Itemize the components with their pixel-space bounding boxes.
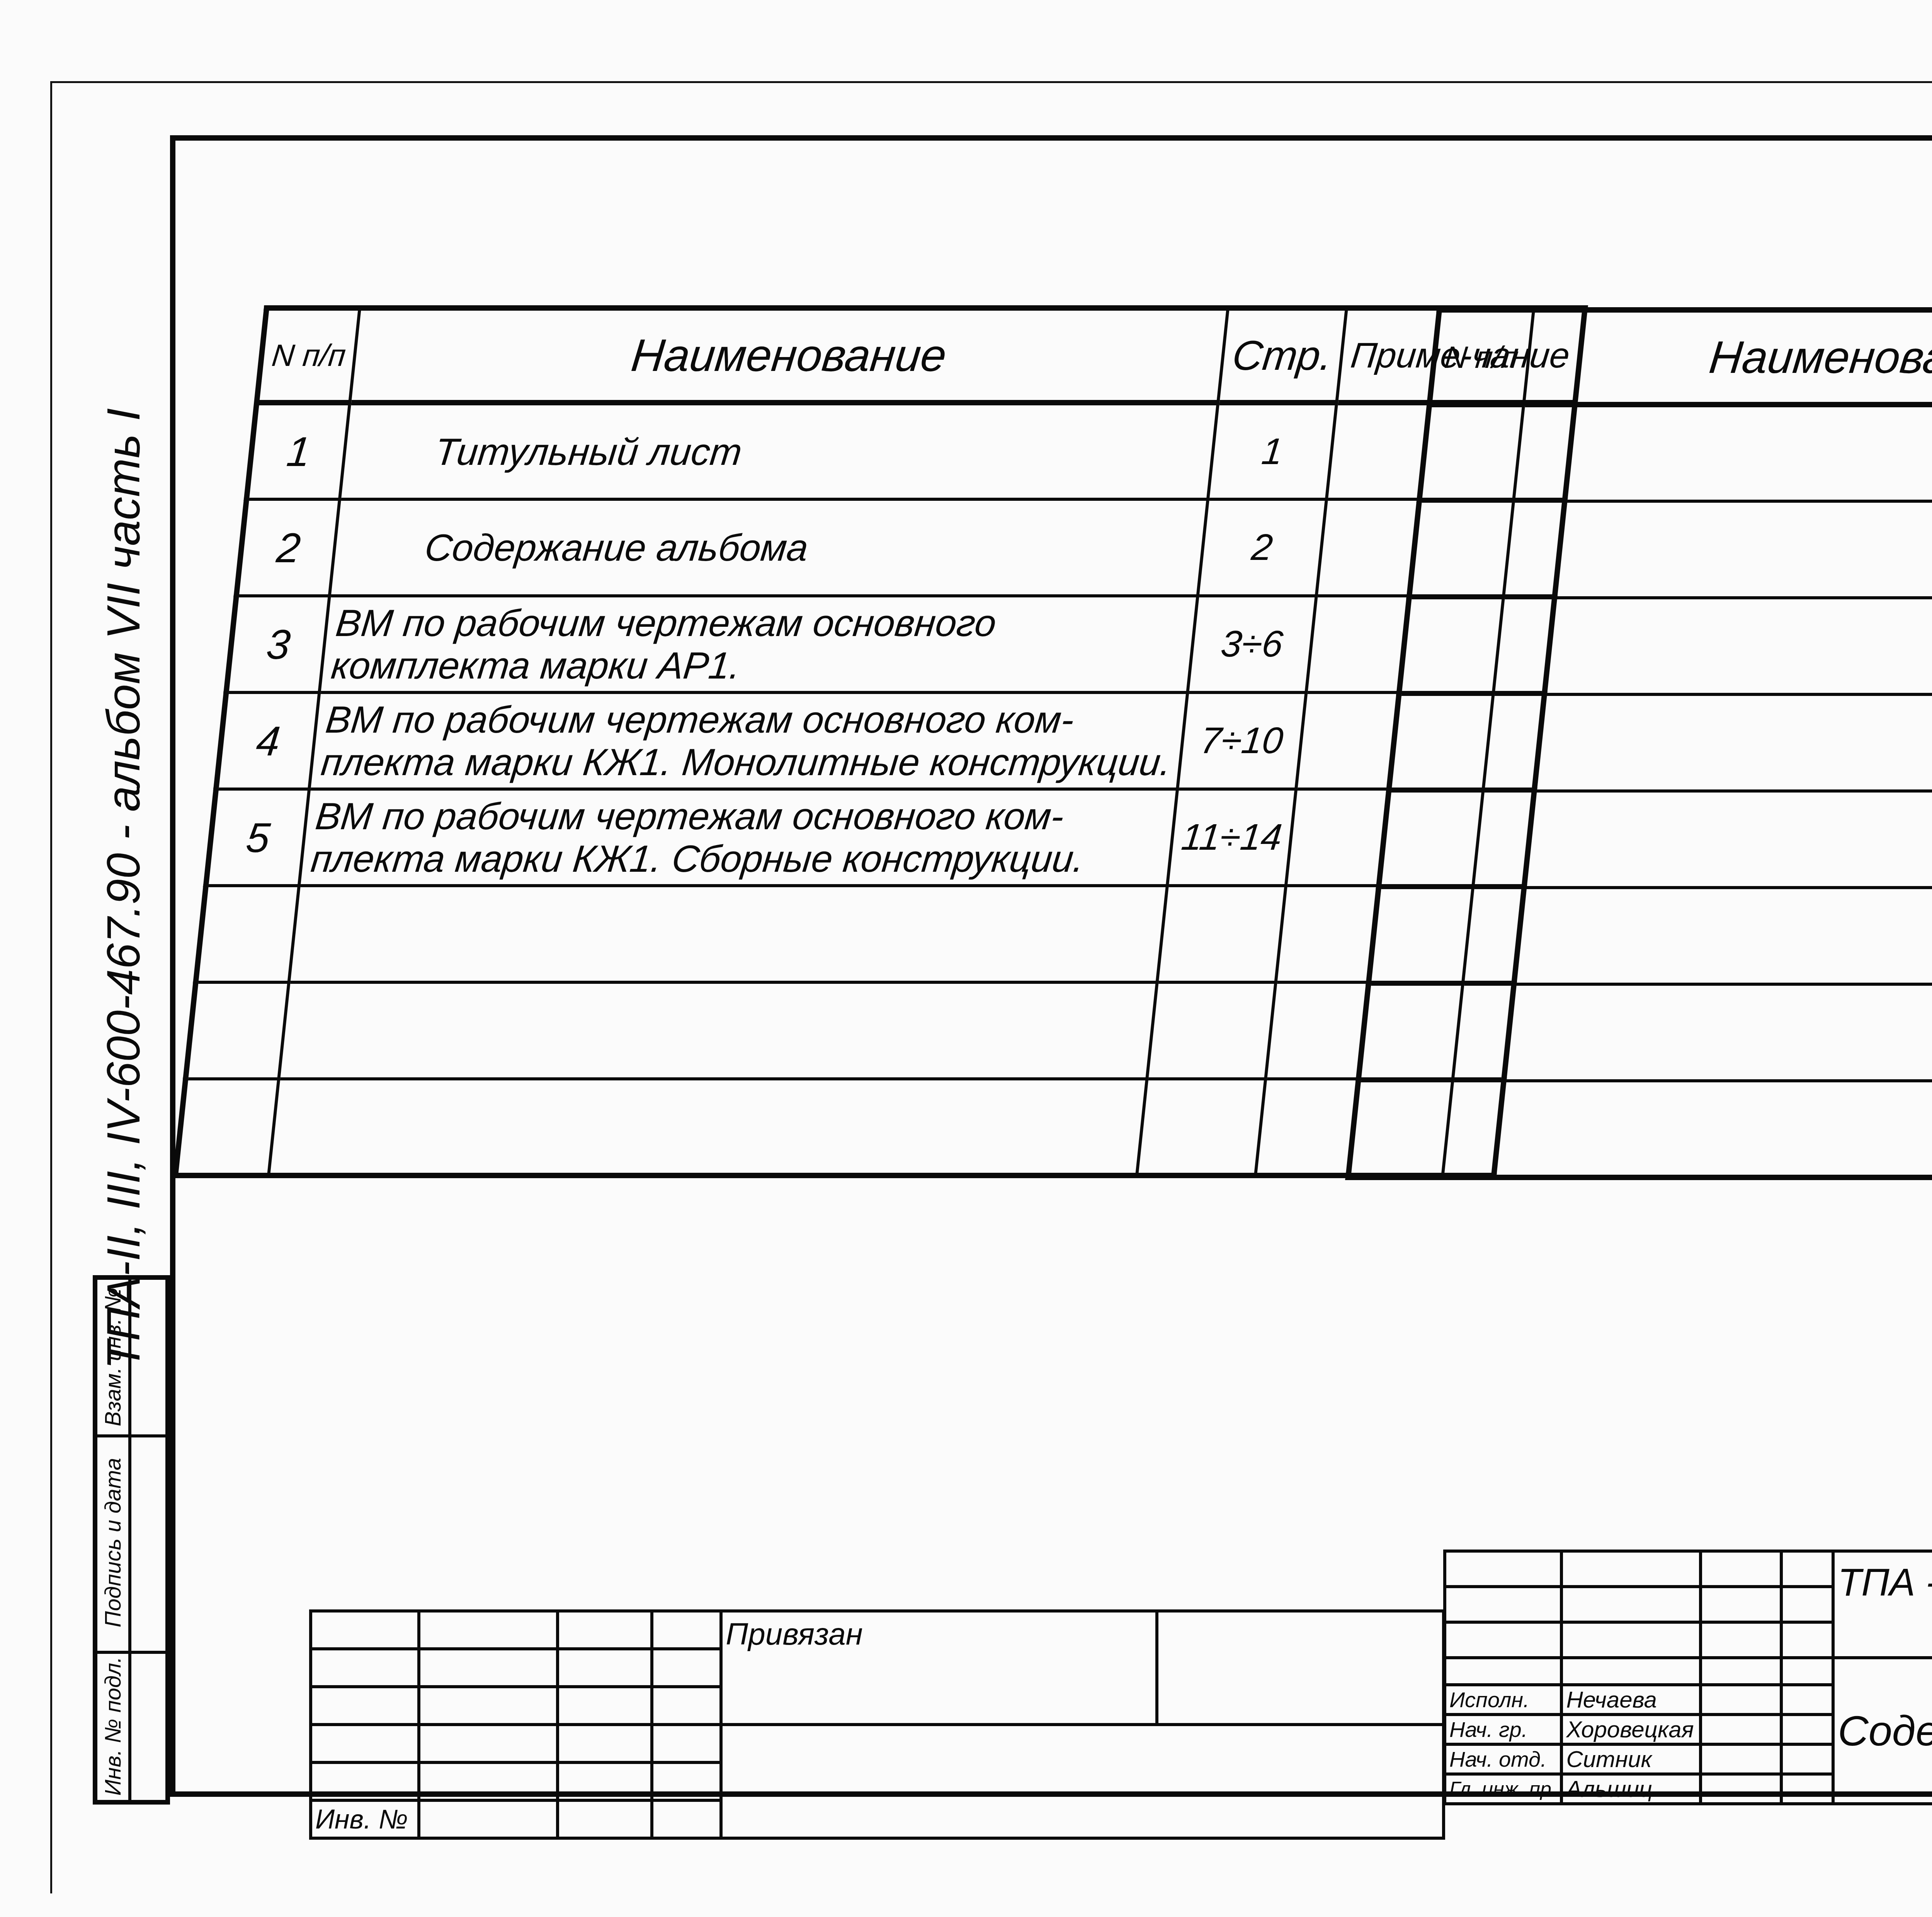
table-row: 5ВМ по рабочим чертежам основного ком-пл… (206, 789, 1534, 886)
table-row (1389, 694, 1932, 791)
row-name: ВМ по рабочим чертежам основного ком-пле… (309, 692, 1187, 789)
binding-label: Привязан (721, 1611, 1156, 1725)
row-page: 2 (1198, 499, 1327, 596)
table-row (1379, 791, 1932, 888)
row-num (175, 1079, 279, 1175)
table-row (1409, 501, 1932, 598)
row-name: Содержание альбома (330, 499, 1208, 596)
row-page: 1 (1208, 403, 1337, 499)
stamp-label-replacement-inv: Взам. инв. № (100, 1288, 126, 1427)
sig-name: Альшиц (1561, 1774, 1700, 1804)
row-num (196, 886, 299, 982)
table-row: 2Содержание альбома2 (236, 499, 1565, 596)
stamp-row: Подпись и дата (97, 1434, 165, 1654)
sig-role: Гл. инж. пр. (1445, 1774, 1561, 1804)
sig-role: Нач. гр. (1445, 1715, 1561, 1744)
row-page (1137, 1079, 1265, 1175)
row-num: 3 (226, 596, 330, 692)
row-page (1157, 886, 1286, 982)
row-name: ВМ по рабочим чертежам основногокомплект… (320, 596, 1198, 692)
sig-role: Нач. отд. (1445, 1744, 1561, 1774)
sig-name: Нечаева (1561, 1685, 1700, 1715)
toc-header-row: N п/п Наименование Стр. Приме-чание (1429, 310, 1932, 405)
row-page: 3÷6 (1187, 596, 1316, 692)
sheet-title: Содержание альбома (1833, 1658, 1932, 1804)
header-name: Наименование (350, 308, 1228, 403)
table-row (1358, 984, 1932, 1081)
table-row: 1Титульный лист1 (247, 403, 1575, 499)
toc-table-right: N п/п Наименование Стр. Приме-чание (1345, 307, 1932, 1180)
title-block: ТПА - II, III, IV - 600 - 467.90 Содержа… (1443, 1550, 1932, 1805)
table-row (1399, 598, 1932, 694)
table-row (175, 1079, 1504, 1175)
stamp-label-original-inv: Инв. № подл. (100, 1657, 126, 1796)
table-row (1369, 888, 1932, 984)
row-page: 7÷10 (1177, 692, 1306, 789)
sig-name: Хоровецкая (1561, 1715, 1700, 1744)
toc-header-row: N п/п Наименование Стр. Приме-чание (257, 308, 1585, 403)
row-name: Титульный лист (340, 403, 1218, 499)
side-label: ТПА-II, III, IV-600-467.90 - альбом VII … (97, 408, 150, 1369)
row-num: 5 (206, 789, 310, 886)
binding-block: Привязан Инв. № (309, 1609, 1445, 1840)
stamp-row: Взам. инв. № (97, 1280, 165, 1437)
designation: ТПА - II, III, IV - 600 - 467.90 (1833, 1551, 1932, 1658)
header-name: Наименование (1524, 310, 1932, 405)
table-row (1348, 1081, 1932, 1177)
header-page: Стр. (1218, 308, 1347, 403)
header-num: N п/п (1429, 310, 1534, 405)
row-num: 4 (216, 692, 320, 789)
inv-number-label: Инв. № (311, 1800, 419, 1838)
table-row: 3ВМ по рабочим чертежам основногокомплек… (226, 596, 1554, 692)
table-row (185, 982, 1514, 1079)
header-num: N п/п (257, 308, 360, 403)
stamp-label-signature-date: Подпись и дата (100, 1458, 126, 1628)
side-stamp: Взам. инв. № Подпись и дата Инв. № подл. (93, 1275, 170, 1805)
table-row: 4ВМ по рабочим чертежам основного ком-пл… (216, 692, 1544, 789)
sig-role: Исполн. (1445, 1685, 1561, 1715)
table-row (196, 886, 1524, 982)
table-row (1419, 405, 1932, 501)
stamp-row: Инв. № подл. (97, 1651, 165, 1801)
row-num: 1 (247, 403, 350, 499)
sig-name: Ситник (1561, 1744, 1700, 1774)
row-name (269, 1079, 1147, 1175)
row-name: ВМ по рабочим чертежам основного ком-пле… (299, 789, 1177, 886)
row-page (1147, 982, 1276, 1079)
row-num (185, 982, 289, 1079)
row-name (289, 886, 1167, 982)
row-num: 2 (236, 499, 340, 596)
row-page: 11÷14 (1167, 789, 1296, 886)
row-name (279, 982, 1157, 1079)
side-label-area: ТПА-II, III, IV-600-467.90 - альбом VII … (85, 502, 162, 1275)
